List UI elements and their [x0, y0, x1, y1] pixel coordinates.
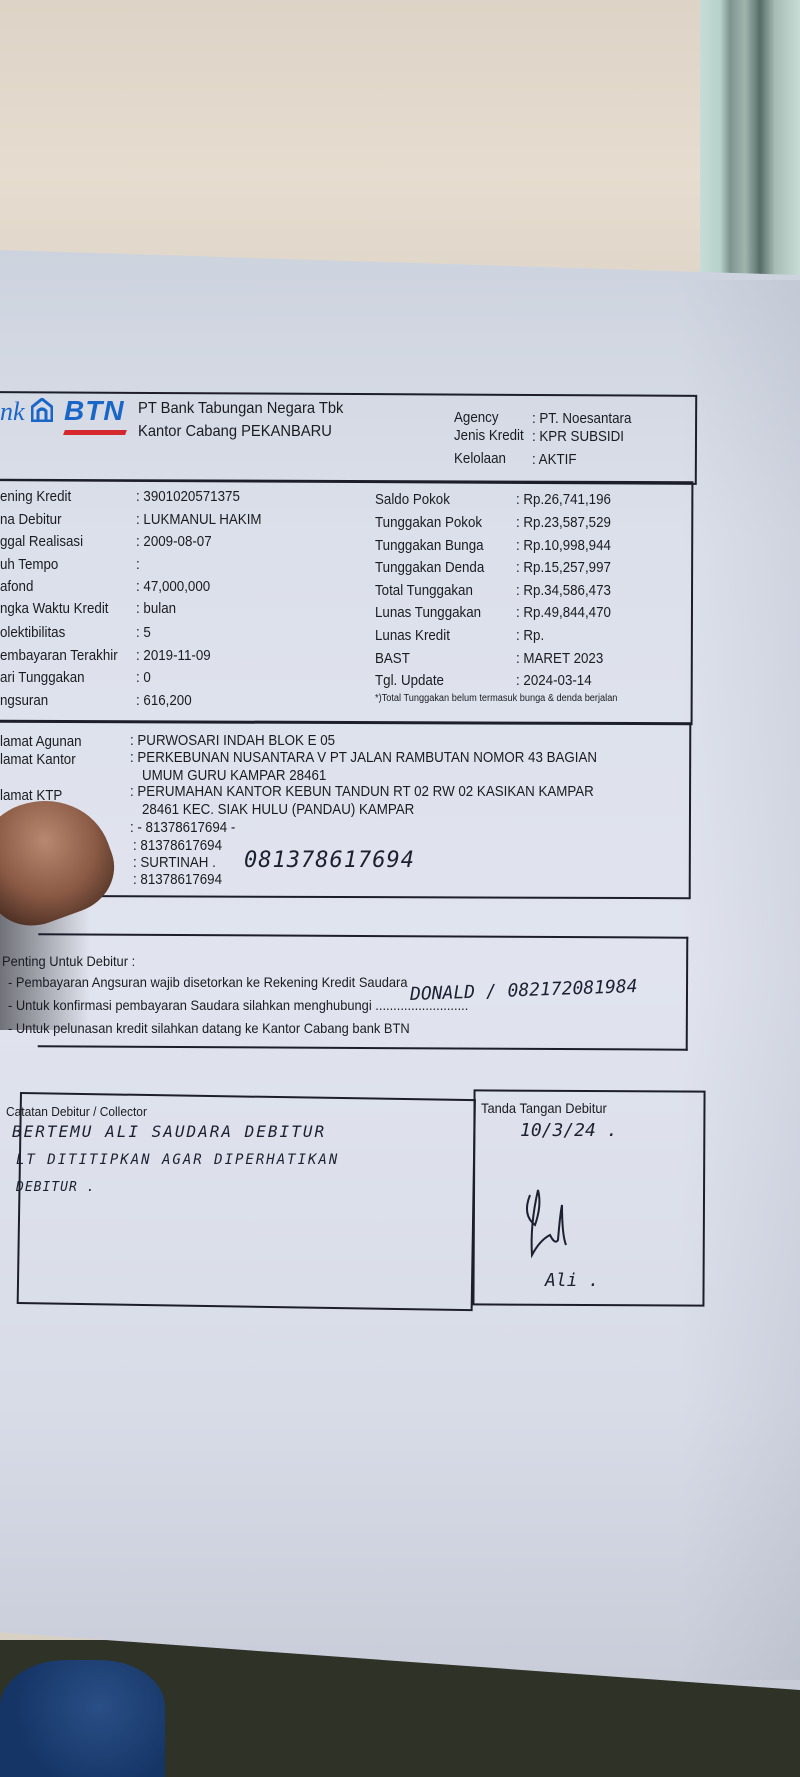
field-value: : bulan — [136, 601, 176, 617]
field-label: na Debitur — [0, 512, 62, 528]
field-label: uh Tempo — [0, 557, 58, 573]
bank-name: PT Bank Tabungan Negara Tbk — [138, 400, 343, 418]
field-value: : MARET 2023 — [516, 651, 603, 667]
agency-value: : PT. Noesantara — [532, 411, 631, 427]
field-value: : 47,000,000 — [136, 579, 210, 595]
bank-branch: Kantor Cabang PEKANBARU — [138, 423, 332, 441]
field-value: : LUKMANUL HAKIM — [136, 512, 262, 528]
field-value: : 616,200 — [136, 693, 192, 709]
kantor-value-1: : PERKEBUNAN NUSANTARA V PT JALAN RAMBUT… — [130, 750, 597, 766]
field-value: : Rp.49,844,470 — [516, 605, 611, 621]
kelolaan-value: : AKTIF — [532, 452, 576, 468]
logo-prefix: nk — [0, 397, 25, 427]
notes-title: Catatan Debitur / Collector — [6, 1104, 147, 1119]
agunan-label: lamat Agunan — [0, 734, 82, 750]
notes-line-3: DEBITUR . — [16, 1180, 95, 1195]
field-label: Lunas Kredit — [375, 628, 450, 644]
sleeve — [0, 1660, 165, 1777]
field-label: BAST — [375, 651, 410, 667]
field-label: Saldo Pokok — [375, 492, 450, 508]
logo-accent-bar — [63, 430, 127, 435]
field-value: : 2024-03-14 — [516, 673, 592, 689]
field-label: ening Kredit — [0, 489, 71, 505]
important-item-2: - Untuk konfirmasi pembayaran Saudara si… — [8, 997, 468, 1013]
field-label: Tunggakan Denda — [375, 560, 484, 576]
btn-house-logo-icon — [31, 398, 53, 422]
telp-value: : - 81378617694 - — [130, 820, 235, 836]
field-label: Tunggakan Bunga — [375, 538, 484, 554]
hp-value: : 81378617694 — [133, 838, 222, 854]
field-value: : 3901020571375 — [136, 489, 240, 505]
field-label: Tgl. Update — [375, 673, 444, 689]
important-title: Penting Untuk Debitur : — [2, 953, 135, 969]
signature-date: 10/3/24 . — [520, 1120, 618, 1141]
agency-label: Agency — [454, 410, 499, 426]
handwritten-phone: 081378617694 — [244, 848, 415, 873]
field-value: : 5 — [136, 625, 151, 641]
kelolaan-label: Kelolaan — [454, 451, 506, 467]
notes-line-1: BERTEMU ALI SAUDARA DEBITUR — [12, 1122, 326, 1141]
field-value: : Rp.15,257,997 — [516, 560, 611, 576]
contact-name: : SURTINAH . — [133, 855, 216, 871]
field-value: : Rp. — [516, 628, 544, 644]
jenis-kredit-label: Jenis Kredit — [454, 428, 524, 444]
signature-title: Tanda Tangan Debitur — [481, 1100, 607, 1116]
field-label: afond — [0, 579, 33, 595]
field-label: ngsuran — [0, 693, 48, 709]
field-value: : — [136, 557, 140, 573]
field-label: Lunas Tunggakan — [375, 605, 481, 621]
important-item-1: - Pembayaran Angsuran wajib disetorkan k… — [8, 974, 408, 990]
important-item-3: - Untuk pelunasan kredit silahkan datang… — [8, 1020, 410, 1036]
contact-phone: : 81378617694 — [133, 872, 222, 888]
signature-scribble — [520, 1185, 580, 1265]
field-value: : Rp.10,998,944 — [516, 538, 611, 554]
ktp-value-2: 28461 KEC. SIAK HULU (PANDAU) KAMPAR — [142, 802, 414, 818]
paper-shade — [680, 280, 800, 1680]
field-value: : Rp.26,741,196 — [516, 492, 611, 508]
door-frame — [700, 0, 800, 290]
field-label: Tunggakan Pokok — [375, 515, 482, 531]
jenis-kredit-value: : KPR SUBSIDI — [532, 429, 624, 445]
kantor-value-2: UMUM GURU KAMPAR 28461 — [142, 768, 326, 784]
logo-text: BTN — [64, 395, 125, 427]
field-value: : 2019-11-09 — [136, 648, 211, 664]
floor-background — [0, 0, 800, 290]
field-label: ari Tunggakan — [0, 670, 85, 686]
field-value: : 0 — [136, 670, 151, 686]
field-value: : 2009-08-07 — [136, 534, 212, 550]
field-label: embayaran Terakhir — [0, 648, 118, 664]
signature-name: Ali . — [545, 1270, 599, 1291]
footnote: *)Total Tunggakan belum termasuk bunga &… — [375, 693, 617, 704]
field-label: ggal Realisasi — [0, 534, 83, 550]
ktp-value-1: : PERUMAHAN KANTOR KEBUN TANDUN RT 02 RW… — [130, 784, 594, 800]
field-value: : Rp.34,586,473 — [516, 583, 611, 599]
agunan-value: : PURWOSARI INDAH BLOK E 05 — [130, 733, 335, 749]
notes-line-2: LT DITITIPKAN AGAR DIPERHATIKAN — [16, 1152, 339, 1168]
kantor-label: lamat Kantor — [0, 752, 76, 768]
field-label: Total Tunggakan — [375, 583, 473, 599]
field-label: olektibilitas — [0, 625, 65, 641]
field-label: ngka Waktu Kredit — [0, 601, 109, 617]
field-value: : Rp.23,587,529 — [516, 515, 611, 531]
